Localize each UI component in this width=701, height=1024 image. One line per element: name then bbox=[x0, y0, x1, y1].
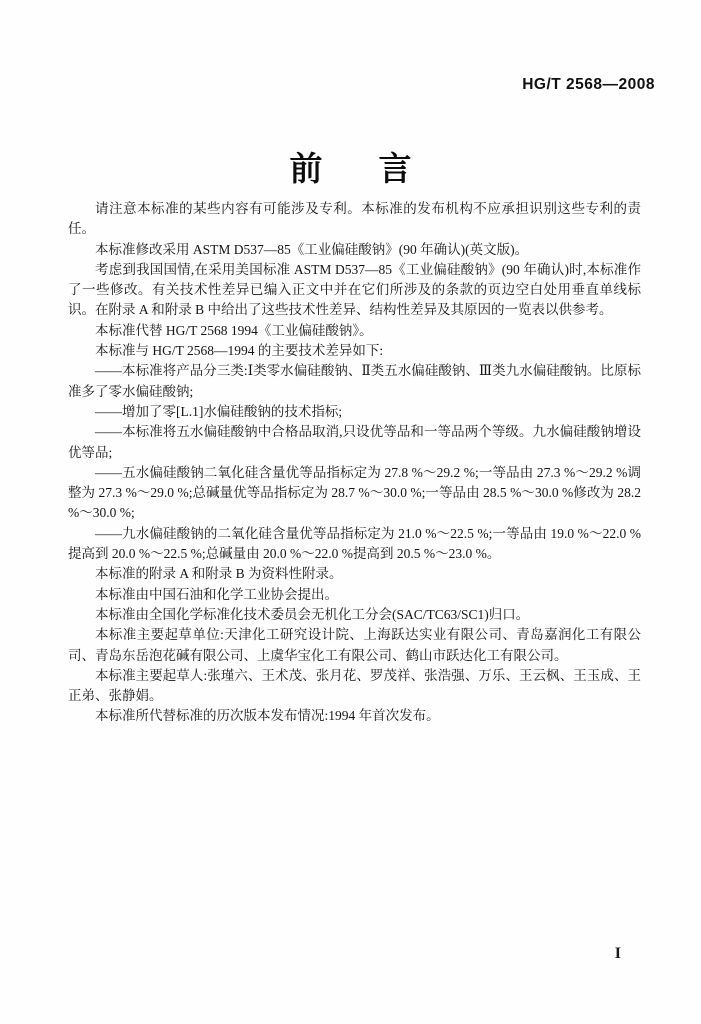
paragraph: ——本标准将五水偏硅酸钠中合格品取消,只设优等品和一等品两个等级。九水偏硅酸钠增… bbox=[68, 422, 641, 463]
document-page: HG/T 2568—2008 前 言 请注意本标准的某些内容有可能涉及专利。本标… bbox=[0, 0, 701, 1024]
paragraph: ——五水偏硅酸钠二氧化硅含量优等品指标定为 27.8 %～29.2 %;一等品由… bbox=[68, 463, 641, 524]
page-title: 前 言 bbox=[0, 143, 701, 190]
page-number: I bbox=[615, 945, 621, 963]
paragraph: 本标准由全国化学标准化技术委员会无机化工分会(SAC/TC63/SC1)归口。 bbox=[68, 605, 641, 625]
foreword-body: 请注意本标准的某些内容有可能涉及专利。本标准的发布机构不应承担识别这些专利的责任… bbox=[68, 199, 641, 727]
paragraph: 本标准所代替标准的历次版本发布情况:1994 年首次发布。 bbox=[68, 706, 641, 726]
paragraph: 本标准主要起草单位:天津化工研究设计院、上海跃达实业有限公司、青岛嘉润化工有限公… bbox=[68, 625, 641, 666]
paragraph: 本标准修改采用 ASTM D537—85《工业偏硅酸钠》(90 年确认)(英文版… bbox=[68, 240, 641, 260]
standard-code-header: HG/T 2568—2008 bbox=[522, 76, 655, 94]
paragraph: 本标准代替 HG/T 2568 1994《工业偏硅酸钠》。 bbox=[68, 321, 641, 341]
paragraph: 本标准的附录 A 和附录 B 为资料性附录。 bbox=[68, 564, 641, 584]
paragraph: ——本标准将产品分三类:Ⅰ类零水偏硅酸钠、Ⅱ类五水偏硅酸钠、Ⅲ类九水偏硅酸钠。比… bbox=[68, 361, 641, 402]
paragraph: ——增加了零[L.1]水偏硅酸钠的技术指标; bbox=[68, 402, 641, 422]
paragraph: ——九水偏硅酸钠的二氧化硅含量优等品指标定为 21.0 %～22.5 %;一等品… bbox=[68, 524, 641, 565]
title-char-first: 前 bbox=[290, 143, 323, 190]
paragraph: 本标准由中国石油和化学工业协会提出。 bbox=[68, 585, 641, 605]
paragraph: 本标准主要起草人:张瑾六、王术茂、张月花、罗茂祥、张浩强、万乐、王云枫、王玉成、… bbox=[68, 666, 641, 707]
title-char-second: 言 bbox=[379, 143, 412, 190]
paragraph: 考虑到我国国情,在采用美国标准 ASTM D537—85《工业偏硅酸钠》(90 … bbox=[68, 260, 641, 321]
paragraph: 本标准与 HG/T 2568—1994 的主要技术差异如下: bbox=[68, 341, 641, 361]
paragraph: 请注意本标准的某些内容有可能涉及专利。本标准的发布机构不应承担识别这些专利的责任… bbox=[68, 199, 641, 240]
